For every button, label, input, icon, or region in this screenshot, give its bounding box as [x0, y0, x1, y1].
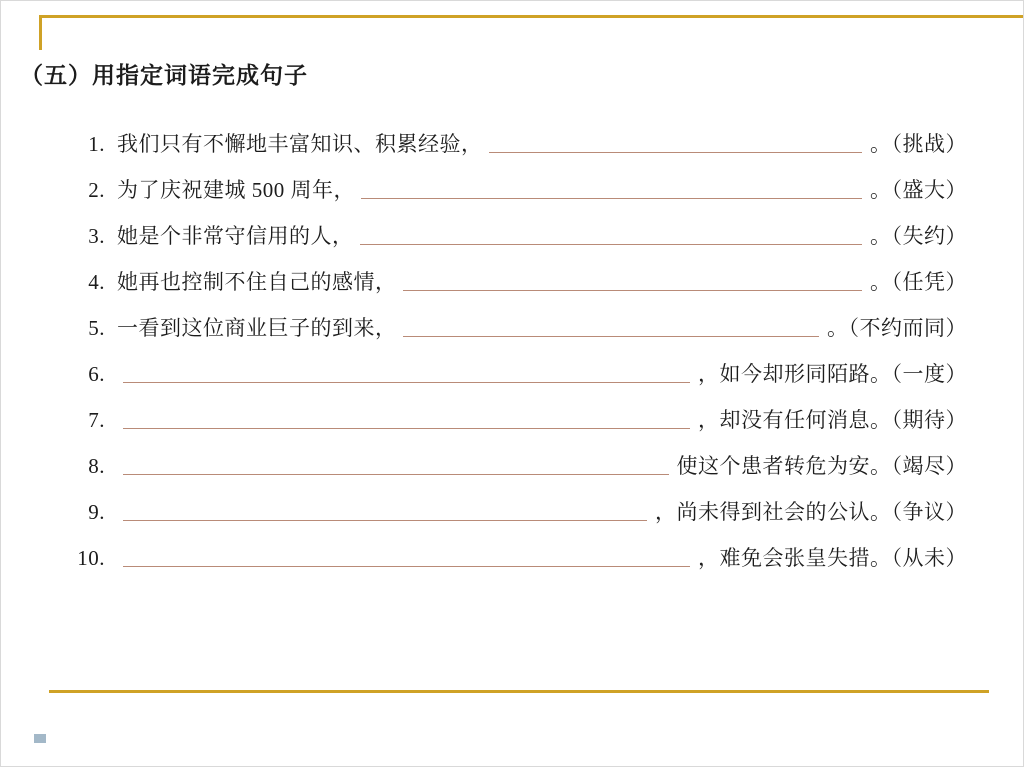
bottom-left-corner-square	[34, 734, 46, 743]
item-number: 9.	[59, 499, 105, 525]
fill-in-blank-line	[361, 198, 862, 199]
item-number: 5.	[59, 315, 105, 341]
fill-in-blank-line	[123, 566, 690, 567]
top-corner-bracket	[39, 15, 42, 50]
item-number: 7.	[59, 407, 105, 433]
exercise-item-1: 1. 我们只有不懈地丰富知识、积累经验， 。（挑战）	[59, 111, 967, 157]
item-sentence-start: 我们只有不懈地丰富知识、积累经验，	[117, 131, 483, 157]
item-sentence-end: 。（挑战）	[870, 131, 967, 157]
exercise-item-6: 6. ，如今却形同陌路。（一度）	[59, 341, 967, 387]
item-sentence-start: 为了庆祝建城 500 周年，	[117, 177, 355, 203]
item-sentence-end: ，尚未得到社会的公认。（争议）	[655, 499, 967, 525]
fill-in-blank-line	[489, 152, 863, 153]
exercise-item-8: 8. 使这个患者转危为安。（竭尽）	[59, 433, 967, 479]
item-number: 3.	[59, 223, 105, 249]
item-number: 10.	[59, 545, 105, 571]
item-sentence-end: 使这个患者转危为安。（竭尽）	[677, 453, 968, 479]
fill-in-blank-line	[360, 244, 863, 245]
item-sentence-end: ，却没有任何消息。（期待）	[698, 407, 967, 433]
exercise-title: （五）用指定词语完成句子	[20, 57, 308, 90]
item-sentence-start: 她再也控制不住自己的感情，	[117, 269, 397, 295]
item-sentence-end: ，如今却形同陌路。（一度）	[698, 361, 967, 387]
slide-page: （五）用指定词语完成句子 1. 我们只有不懈地丰富知识、积累经验， 。（挑战） …	[0, 0, 1024, 767]
fill-in-blank-line	[123, 520, 647, 521]
item-number: 6.	[59, 361, 105, 387]
item-sentence-end: 。（盛大）	[870, 177, 967, 203]
exercise-item-5: 5. 一看到这位商业巨子的到来， 。（不约而同）	[59, 295, 967, 341]
fill-in-blank-line	[403, 336, 820, 337]
item-sentence-end: ，难免会张皇失措。（从未）	[698, 545, 967, 571]
exercise-item-7: 7. ，却没有任何消息。（期待）	[59, 387, 967, 433]
item-sentence-start: 她是个非常守信用的人，	[117, 223, 354, 249]
item-sentence-start: 一看到这位商业巨子的到来，	[117, 315, 397, 341]
exercise-item-10: 10. ，难免会张皇失措。（从未）	[59, 525, 967, 571]
item-number: 8.	[59, 453, 105, 479]
item-number: 1.	[59, 131, 105, 157]
fill-in-blank-line	[123, 474, 669, 475]
item-number: 4.	[59, 269, 105, 295]
exercise-item-9: 9. ，尚未得到社会的公认。（争议）	[59, 479, 967, 525]
exercise-item-4: 4. 她再也控制不住自己的感情， 。（任凭）	[59, 249, 967, 295]
item-sentence-end: 。（不约而同）	[827, 315, 967, 341]
exercise-item-3: 3. 她是个非常守信用的人， 。（失约）	[59, 203, 967, 249]
exercise-item-list: 1. 我们只有不懈地丰富知识、积累经验， 。（挑战） 2. 为了庆祝建城 500…	[59, 111, 967, 571]
exercise-item-2: 2. 为了庆祝建城 500 周年， 。（盛大）	[59, 157, 967, 203]
bottom-accent-line	[49, 690, 989, 693]
item-number: 2.	[59, 177, 105, 203]
fill-in-blank-line	[123, 428, 690, 429]
item-sentence-end: 。（失约）	[870, 223, 967, 249]
fill-in-blank-line	[403, 290, 863, 291]
item-sentence-end: 。（任凭）	[870, 269, 967, 295]
top-accent-line	[39, 15, 1023, 18]
fill-in-blank-line	[123, 382, 690, 383]
